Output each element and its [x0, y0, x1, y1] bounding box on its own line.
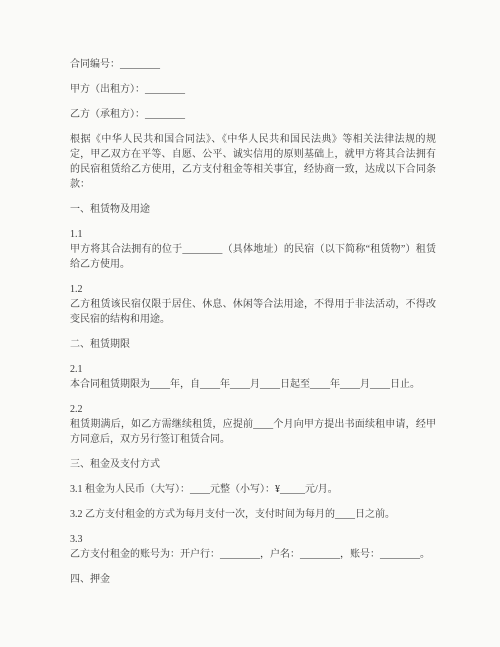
contract-number-text: 合同编号：________	[70, 59, 160, 70]
section-3-heading-text: 三、租金及支付方式	[70, 459, 160, 470]
section-3-heading: 三、租金及支付方式	[70, 457, 436, 472]
clause-1-2-number: 1.2	[70, 282, 436, 297]
clause-3-3-text: 乙方支付租金的账号为：开户行：________，户名：________，账号：_…	[70, 549, 430, 560]
clause-1-2-text: 乙方租赁该民宿仅限于居住、休息、休闲等合法用途，不得用于非法活动，不得改变民宿的…	[70, 299, 436, 325]
clause-1-1-text: 甲方将其合法拥有的位于________（具体地址）的民宿（以下简称“租赁物”）租…	[70, 244, 436, 270]
party-a-text: 甲方（出租方）：________	[70, 84, 185, 95]
section-4-heading-text: 四、押金	[70, 574, 110, 585]
clause-2-1-text: 本合同租赁期限为____年，自____年____月____日起至____年___…	[70, 379, 420, 390]
clause-1-1: 1.1 甲方将其合法拥有的位于________（具体地址）的民宿（以下简称“租赁…	[70, 227, 436, 272]
clause-2-1-number: 2.1	[70, 362, 436, 377]
section-2-heading: 二、租赁期限	[70, 337, 436, 352]
section-2-heading-text: 二、租赁期限	[70, 339, 130, 350]
preamble-text: 根据《中华人民共和国合同法》、《中华人民共和国民法典》等相关法律法规的规定，甲乙…	[70, 134, 436, 190]
clause-2-2-text: 租赁期满后，如乙方需继续租赁，应提前____个月向甲方提出书面续租申请，经甲方同…	[70, 419, 436, 445]
clause-3-1-text: 3.1 租金为人民币（大写）：____元整（小写）：¥_____元/月。	[70, 484, 338, 495]
contract-document-page: 合同编号：________ 甲方（出租方）：________ 乙方（承租方）：_…	[0, 0, 500, 647]
clause-3-1: 3.1 租金为人民币（大写）：____元整（小写）：¥_____元/月。	[70, 482, 436, 497]
clause-1-1-number: 1.1	[70, 227, 436, 242]
party-b-text: 乙方（承租方）：________	[70, 109, 185, 120]
clause-2-2-number: 2.2	[70, 402, 436, 417]
preamble-paragraph: 根据《中华人民共和国合同法》、《中华人民共和国民法典》等相关法律法规的规定，甲乙…	[70, 132, 436, 192]
section-1-heading: 一、租赁物及用途	[70, 202, 436, 217]
contract-number-line: 合同编号：________	[70, 57, 436, 72]
clause-3-2: 3.2 乙方支付租金的方式为每月支付一次，支付时间为每月的____日之前。	[70, 507, 436, 522]
section-1-heading-text: 一、租赁物及用途	[70, 204, 150, 215]
clause-1-2: 1.2 乙方租赁该民宿仅限于居住、休息、休闲等合法用途，不得用于非法活动，不得改…	[70, 282, 436, 327]
clause-2-2: 2.2 租赁期满后，如乙方需继续租赁，应提前____个月向甲方提出书面续租申请，…	[70, 402, 436, 447]
clause-2-1: 2.1 本合同租赁期限为____年，自____年____月____日起至____…	[70, 362, 436, 392]
party-b-line: 乙方（承租方）：________	[70, 107, 436, 122]
clause-3-3: 3.3 乙方支付租金的账号为：开户行：________，户名：________，…	[70, 532, 436, 562]
clause-3-3-number: 3.3	[70, 532, 436, 547]
party-a-line: 甲方（出租方）：________	[70, 82, 436, 97]
section-4-heading: 四、押金	[70, 572, 436, 587]
clause-3-2-text: 3.2 乙方支付租金的方式为每月支付一次，支付时间为每月的____日之前。	[70, 509, 395, 520]
